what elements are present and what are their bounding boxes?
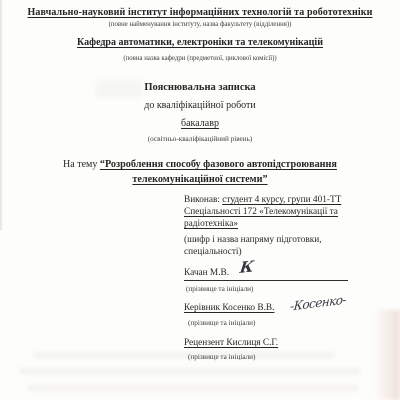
bleedthrough-artifact xyxy=(20,368,360,374)
executor-prefix: Виконав: xyxy=(184,195,220,205)
executor-signature: К xyxy=(239,260,254,274)
department-name: Кафедра автоматики, електроніки та телек… xyxy=(0,36,400,49)
reviewer-line: Рецензент Кислиця С.Г. xyxy=(184,337,389,349)
executor-specialty-line2: радіотехніка» xyxy=(184,218,389,230)
executor-name-caption: (прізвище та ініціали) xyxy=(186,285,389,294)
theme-block: На тему “Розроблення способу фазового ав… xyxy=(30,157,370,187)
supervisor-signature-line: Керівник Косенко В.В. -Косенко- xyxy=(184,302,389,315)
institute-caption: (повне найменування інституту, назва фак… xyxy=(0,20,400,29)
specialty-caption-line2: спеціальності) xyxy=(184,246,389,258)
executor-specialty-line1: Спеціальності 172 «Телекомунікації та xyxy=(184,206,389,218)
reviewer-label: Рецензент Кислиця С.Г. xyxy=(184,338,278,348)
theme-quote-line1: “Розроблення способу фазового автопідстр… xyxy=(100,159,337,170)
signatories-column: Виконав: студент 4 курсу, групи 401-ТТ С… xyxy=(184,194,389,362)
reviewer-caption: (прізвище та ініціали) xyxy=(188,353,389,362)
supervisor-caption: (прізвище та ініціали) xyxy=(188,319,389,328)
document-title: Пояснювальна записка xyxy=(0,81,400,94)
executor-name: Качан М.В. xyxy=(184,267,229,279)
institute-name: Навчально-науковий інститут інформаційни… xyxy=(0,6,400,19)
theme-quote-line2: телекомунікаційної системи” xyxy=(132,174,267,185)
executor-student-info: студент 4 курсу, групи 401-ТТ xyxy=(222,195,341,205)
department-caption: (повна назва кафедри (предметної, циклов… xyxy=(0,54,400,63)
bleedthrough-artifact xyxy=(28,385,358,391)
executor-signature-line: Качан М.В. К xyxy=(184,267,348,281)
header-block: Навчально-науковий інститут інформаційни… xyxy=(0,6,400,63)
supervisor-label: Керівник Косенко В.В. xyxy=(184,303,274,313)
supervisor-signature: -Косенко- xyxy=(290,293,347,312)
document-subtitle: до кваліфікаційної роботи xyxy=(0,100,400,112)
title-block: Пояснювальна записка до кваліфікаційної … xyxy=(0,81,400,144)
degree-level: бакалавр xyxy=(0,118,400,130)
degree-caption: (освітньо-кваліфікаційний рівень) xyxy=(0,135,400,144)
executor-line1: Виконав: студент 4 курсу, групи 401-ТТ xyxy=(184,194,389,206)
specialty-caption-line1: (шифр і назва напряму підготовки, xyxy=(184,234,389,246)
thesis-title-page: Навчально-науковий інститут інформаційни… xyxy=(0,0,400,400)
theme-prefix: На тему xyxy=(63,159,97,170)
